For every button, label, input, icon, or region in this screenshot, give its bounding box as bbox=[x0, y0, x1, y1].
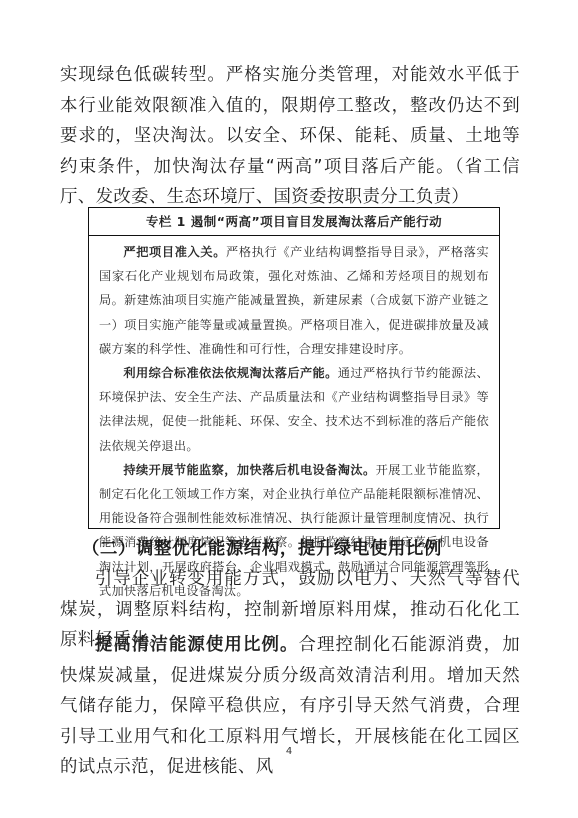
box-title: 专栏 1 遏制“两高”项目盲目发展淘汰落后产能行动 bbox=[89, 208, 499, 236]
paragraph-lead: 提高清洁能源使用比例。 bbox=[95, 635, 299, 655]
box-item-lead: 利用综合标准依法依规淘汰落后产能。 bbox=[123, 366, 337, 380]
box-item-project-access: 严把项目准入关。严格执行《产业结构调整指导目录》，严格落实国家石化产业规划布局政… bbox=[99, 240, 489, 361]
page-number: 4 bbox=[283, 746, 295, 757]
intro-paragraph: 实现绿色低碳转型。严格实施分类管理，对能效水平低于本行业能效限额准入值的，限期停… bbox=[60, 60, 520, 213]
box-item-lead: 持续开展节能监察，加快落后机电设备淘汰。 bbox=[123, 463, 375, 477]
paragraph-clean-energy: 提高清洁能源使用比例。合理控制化石能源消费，加快煤炭减量，促进煤炭分质分级高效清… bbox=[60, 630, 520, 783]
document-page: 实现绿色低碳转型。严格实施分类管理，对能效水平低于本行业能效限额准入值的，限期停… bbox=[0, 0, 578, 818]
box-item-lead: 严把项目准入关。 bbox=[123, 245, 226, 259]
special-column-box: 专栏 1 遏制“两高”项目盲目发展淘汰落后产能行动 严把项目准入关。严格执行《产… bbox=[88, 207, 500, 529]
section-heading: （二）调整优化能源结构，提升绿电使用比例 bbox=[82, 534, 442, 564]
box-item-eliminate-capacity: 利用综合标准依法依规淘汰落后产能。通过严格执行节约能源法、环境保护法、安全生产法… bbox=[99, 361, 489, 458]
box-item-text: 严格执行《产业结构调整指导目录》，严格落实国家石化产业规划布局政策，强化对炼油、… bbox=[99, 245, 489, 356]
